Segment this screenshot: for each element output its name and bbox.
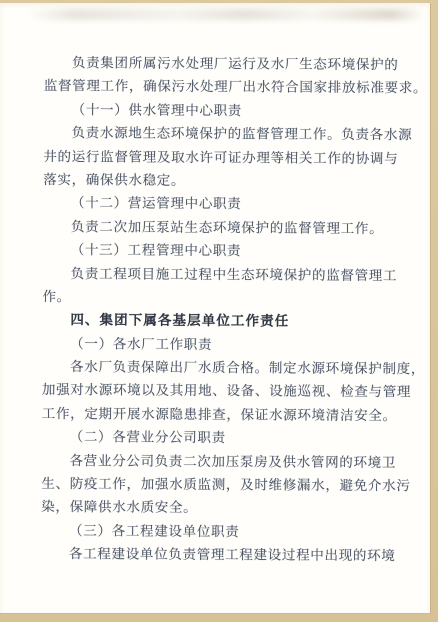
- text-line: 各工程建设单位负责管理工程建设过程中出现的环境: [41, 542, 401, 568]
- text-line: 各营业分公司负责二次加压泵房及供水管网的环境卫: [41, 449, 401, 475]
- text-line: 作。: [42, 285, 402, 311]
- text-line: 生、防疫工作，加强水质监测，及时维修漏水，避免介水污: [41, 472, 401, 498]
- section-subheading: （十一）供水管理中心职责: [44, 98, 404, 124]
- section-subheading: （十三）工程管理中心职责: [43, 238, 403, 264]
- text-line: 井的运行监督管理及取水许可证办理等相关工作的协调与: [43, 145, 403, 171]
- text-line: 监督管理工作，确保污水处理厂出水符合国家排放标准要求。: [44, 74, 404, 100]
- text-line: 加强对水源环境以及其用地、设备、设施巡视、检查与管理: [42, 378, 402, 404]
- text-line: 负责水源地生态环境保护的监督管理工作。负责各水源: [43, 121, 403, 147]
- section-heading: 四、集团下属各基层单位工作责任: [42, 308, 402, 334]
- text-line: 负责集团所属污水处理厂运行及水厂生态环境保护的: [44, 51, 404, 77]
- text-line: 负责二次加压泵站生态环境保护的监督管理工作。: [43, 215, 403, 241]
- text-line: 负责工程项目施工过程中生态环境保护的监督管理工: [43, 262, 403, 288]
- text-line: 工作，定期开展水源隐患排查，保证水源环境清洁安全。: [42, 402, 402, 428]
- text-line: 落实，确保供水稳定。: [43, 168, 403, 194]
- section-subheading: （十二）营运管理中心职责: [43, 191, 403, 217]
- text-line: 染，保障供水水质安全。: [41, 495, 401, 521]
- document-page: 负责集团所属污水处理厂运行及水厂生态环境保护的 监督管理工作，确保污水处理厂出水…: [0, 3, 431, 614]
- section-subheading: （一）各水厂工作职责: [42, 332, 402, 358]
- section-subheading: （二）各营业分公司职责: [42, 425, 402, 451]
- scan-smudge: [28, 9, 422, 20]
- section-subheading: （三）各工程建设单位职责: [41, 519, 401, 545]
- text-line: 各水厂负责保障出厂水质合格。制定水源环境保护制度，: [42, 355, 402, 381]
- document-text-block: 负责集团所属污水处理厂运行及水厂生态环境保护的 监督管理工作，确保污水处理厂出水…: [41, 51, 404, 568]
- scan-backdrop: 负责集团所属污水处理厂运行及水厂生态环境保护的 监督管理工作，确保污水处理厂出水…: [0, 0, 438, 622]
